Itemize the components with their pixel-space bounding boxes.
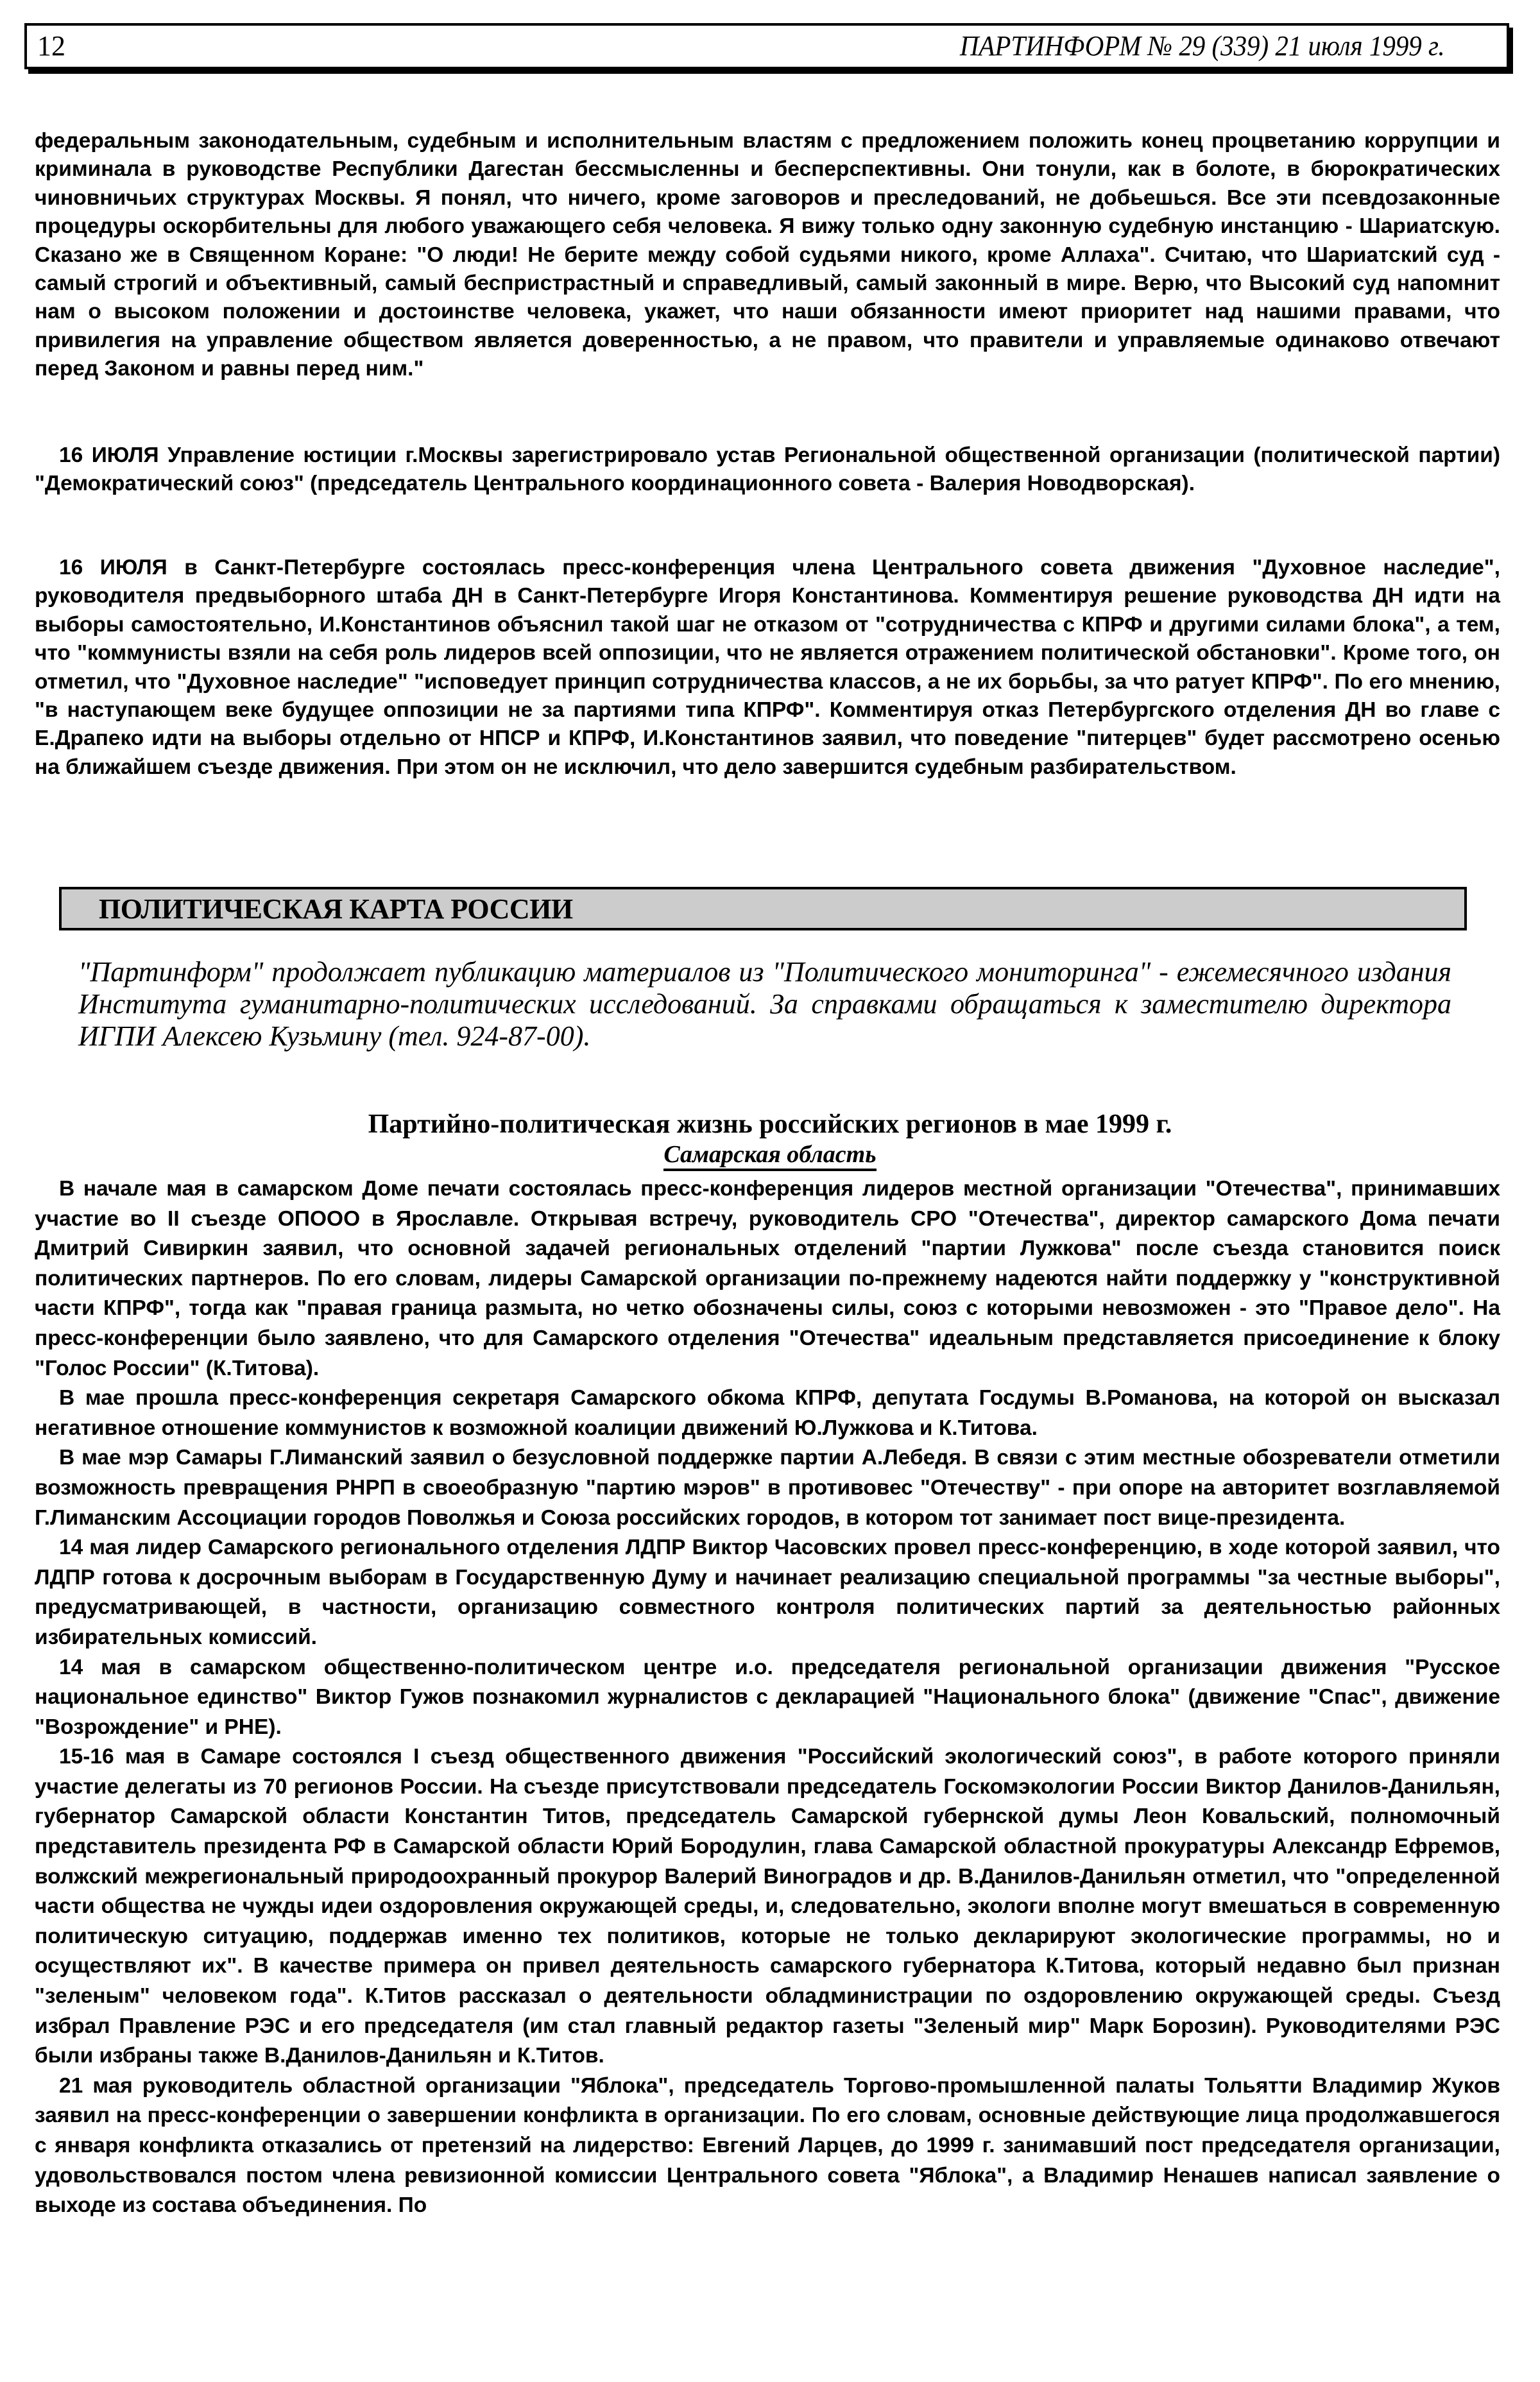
paragraph: федеральным законодательным, судебным и … [35, 127, 1500, 384]
region-name: Самарская область [663, 1141, 876, 1171]
paragraph: 14 мая лидер Самарского регионального от… [35, 1533, 1500, 1652]
section-intro: "Партинформ" продолжает публикацию матер… [78, 956, 1451, 1052]
page-number: 12 [37, 30, 65, 63]
article-title: Партийно-политическая жизнь российских р… [0, 1108, 1540, 1140]
continued-quote: федеральным законодательным, судебным и … [35, 127, 1500, 384]
article-body: В начале мая в самарском Доме печати сос… [35, 1174, 1500, 2221]
section-banner: ПОЛИТИЧЕСКАЯ КАРТА РОССИИ [59, 887, 1467, 930]
news-item: 16 ИЮЛЯ Управление юстиции г.Москвы заре… [35, 441, 1500, 499]
news-date: 16 ИЮЛЯ [59, 443, 159, 467]
news-text: Управление юстиции г.Москвы зарегистриро… [35, 443, 1500, 495]
news-item: 16 ИЮЛЯ в Санкт-Петербурге состоялась пр… [35, 554, 1500, 782]
paragraph: 15-16 мая в Самаре состоялся I съезд общ… [35, 1742, 1500, 2071]
paragraph: 16 ИЮЛЯ в Санкт-Петербурге состоялась пр… [35, 554, 1500, 782]
paragraph: В мае мэр Самары Г.Лиманский заявил о бе… [35, 1443, 1500, 1533]
region-subtitle: Самарская область [0, 1140, 1540, 1169]
news-date: 16 ИЮЛЯ [59, 556, 167, 579]
issue-line: ПАРТИНФОРМ № 29 (339) 21 июля 1999 г. [960, 30, 1445, 63]
paragraph: 14 мая в самарском общественно-политичес… [35, 1653, 1500, 1743]
paragraph: 21 мая руководитель областной организаци… [35, 2071, 1500, 2221]
news-text: в Санкт-Петербурге состоялась пресс-конф… [35, 556, 1500, 779]
page-header: 12 ПАРТИНФОРМ № 29 (339) 21 июля 1999 г. [24, 23, 1509, 69]
paragraph: 16 ИЮЛЯ Управление юстиции г.Москвы заре… [35, 441, 1500, 499]
paragraph: В начале мая в самарском Доме печати сос… [35, 1174, 1500, 1384]
section-title: ПОЛИТИЧЕСКАЯ КАРТА РОССИИ [99, 893, 573, 925]
paragraph: В мае прошла пресс-конференция секретаря… [35, 1384, 1500, 1443]
